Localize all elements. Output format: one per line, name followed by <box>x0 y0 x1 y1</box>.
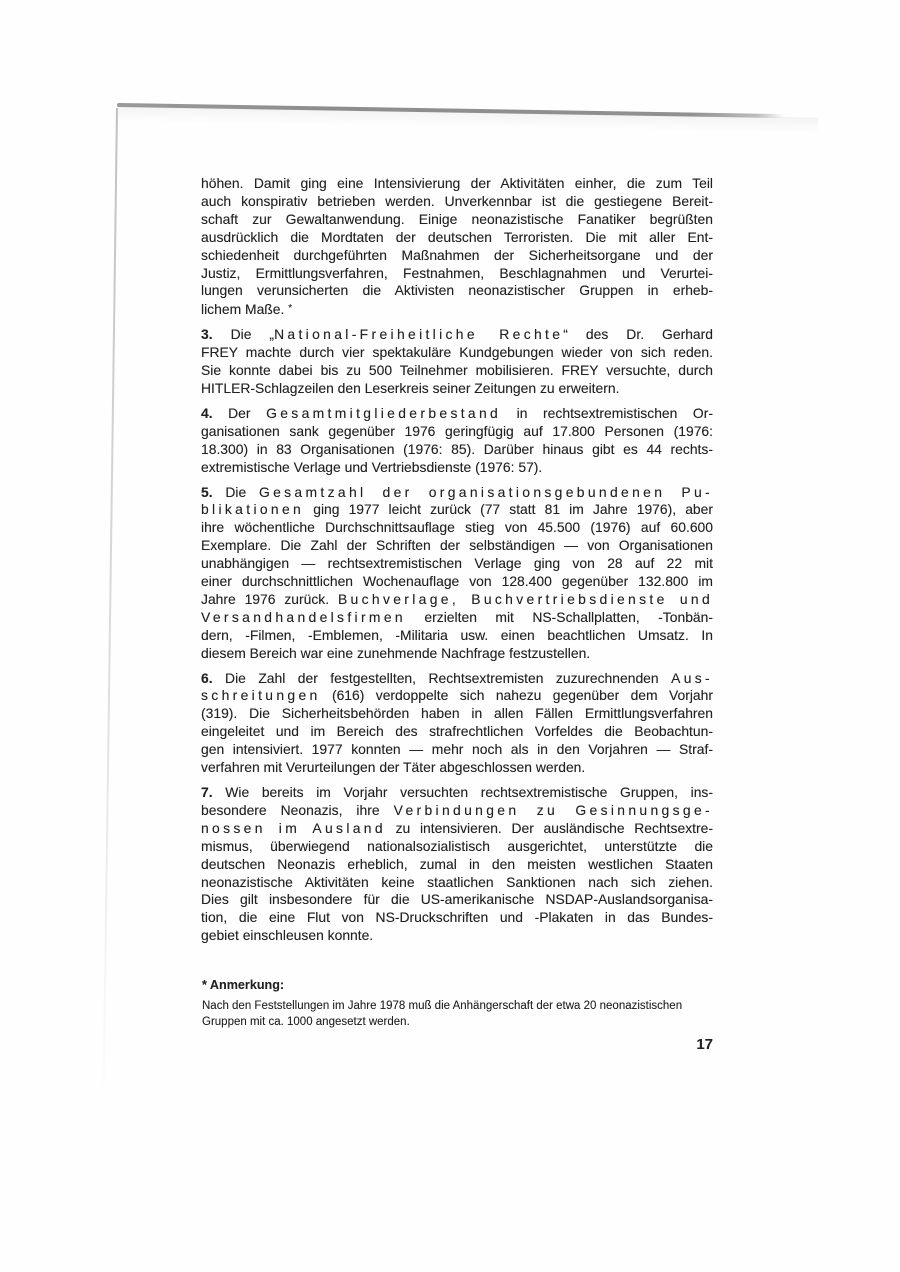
text-line: ganisationen sank gegenüber 1976 geringf… <box>201 423 713 441</box>
text-segment: einer durchschnittlichen Wochenauflage v… <box>201 573 713 589</box>
bold-text: 5. <box>201 484 213 500</box>
footnote-label: * Anmerkung: <box>202 978 714 992</box>
text-line: neonazistische Aktivitäten keine staatli… <box>201 874 713 892</box>
text-line: Dies gilt insbesondere für die US-amerik… <box>201 891 713 909</box>
text-segment: (616) verdoppelte sich nahezu gegenüber … <box>321 687 713 703</box>
letterspaced-text: Gesamtzahl der organisationsgebundenen P… <box>259 484 713 500</box>
text-line: mismus, überwiegend nationalsozialistisc… <box>201 838 713 856</box>
text-segment: Sie konnte dabei bis zu 500 Teilnehmer m… <box>201 362 713 378</box>
text-line: 4. Der Gesamtmitgliederbestand in rechts… <box>201 405 713 423</box>
text-segment: dern, -Filmen, -Emblemen, -Militaria usw… <box>201 627 713 643</box>
text-line: 6. Die Zahl der festgestellten, Rechtsex… <box>201 670 713 688</box>
letterspaced-text: schreitungen <box>201 687 321 703</box>
bold-text: 6. <box>201 670 213 686</box>
paragraph: 4. Der Gesamtmitgliederbestand in rechts… <box>201 405 713 477</box>
text-segment: ausdrücklich die Mordtaten der deutschen… <box>201 229 713 245</box>
paragraph: 5. Die Gesamtzahl der organisationsgebun… <box>201 484 713 663</box>
text-line: Exemplare. Die Zahl der Schriften der se… <box>201 537 713 555</box>
text-segment: mismus, überwiegend nationalsozialistisc… <box>201 838 713 854</box>
text-segment: diesem Bereich war eine zunehmende Nachf… <box>201 645 590 661</box>
text-line: ihre wöchentliche Durchschnittsauflage s… <box>201 519 713 537</box>
scanned-document-page: höhen. Damit ging eine Intensivierung de… <box>0 0 900 1272</box>
text-line: Versandhandelsfirmen erzielten mit NS-Sc… <box>201 609 713 627</box>
letterspaced-text: Gesamtmitgliederbestand <box>266 405 501 421</box>
text-segment: ihre wöchentliche Durchschnittsauflage s… <box>201 519 713 535</box>
text-line: 3. Die „National-Freiheitliche Rechte“ d… <box>201 326 713 344</box>
text-line: verfahren mit Verurteilungen der Täter a… <box>201 759 713 777</box>
text-line: auch konspirativ betrieben werden. Unver… <box>201 193 713 211</box>
text-line: lichem Maße. * <box>201 300 713 319</box>
text-line: schaft zur Gewaltanwendung. Einige neona… <box>201 211 713 229</box>
text-segment: extremistische Verlage und Vertriebsdien… <box>201 459 542 475</box>
bold-text: 4. <box>201 405 213 421</box>
paragraph: 6. Die Zahl der festgestellten, Rechtsex… <box>201 670 713 777</box>
footnote: * Anmerkung: Nach den Feststellungen im … <box>202 978 714 1030</box>
letterspaced-text: Aus- <box>671 670 713 686</box>
bold-text: 3. <box>201 326 213 342</box>
text-line: (319). Die Sicherheitsbehörden haben in … <box>201 705 713 723</box>
text-line: 5. Die Gesamtzahl der organisationsgebun… <box>201 484 713 502</box>
text-line: diesem Bereich war eine zunehmende Nachf… <box>201 645 713 663</box>
text-segment: erzielten mit NS-Schallplatten, -Tonbän- <box>406 609 713 625</box>
text-segment: schaft zur Gewaltanwendung. Einige neona… <box>201 211 713 227</box>
text-segment: tion, die eine Flut von NS-Druckschrifte… <box>201 909 713 925</box>
text-segment: (319). Die Sicherheitsbehörden haben in … <box>201 705 713 721</box>
text-segment: 18.300) in 83 Organisationen (1976: 85).… <box>201 441 713 457</box>
text-segment: neonazistische Aktivitäten keine staatli… <box>201 874 713 890</box>
paragraph: höhen. Damit ging eine Intensivierung de… <box>201 175 713 319</box>
letterspaced-text: Verbindungen zu Gesinnungsge- <box>394 802 713 818</box>
page-number: 17 <box>201 1036 713 1053</box>
document-text: höhen. Damit ging eine Intensivierung de… <box>201 175 713 945</box>
text-segment: Exemplare. Die Zahl der Schriften der se… <box>201 537 713 553</box>
text-line: tion, die eine Flut von NS-Druckschrifte… <box>201 909 713 927</box>
text-segment: in rechtsextremistischen Or- <box>501 405 713 421</box>
paragraph: 7. Wie bereits im Vorjahr versuchten rec… <box>201 784 713 945</box>
text-segment: Justiz, Ermittlungsverfahren, Festnahmen… <box>201 265 713 281</box>
text-segment: deutschen Neonazis erheblich, zumal in d… <box>201 856 713 872</box>
text-line: FREY machte durch vier spektakuläre Kund… <box>201 344 713 362</box>
text-segment: höhen. Damit ging eine Intensivierung de… <box>201 175 713 191</box>
text-line: besondere Neonazis, ihre Verbindungen zu… <box>201 802 713 820</box>
text-segment: eingeleitet und im Bereich des strafrech… <box>201 723 713 739</box>
text-segment: “ des Dr. Gerhard <box>563 326 713 342</box>
text-segment: Jahre 1976 zurück. <box>201 591 338 607</box>
text-segment: Wie bereits im Vorjahr versuchten rechts… <box>213 784 713 800</box>
text-segment: unabhängigen — rechtsextremistischen Ver… <box>201 555 713 571</box>
letterspaced-text: Buchverlage, Buchvertriebsdienste und <box>338 591 713 607</box>
letterspaced-text: National-Freiheitliche Rechte <box>274 326 563 342</box>
text-segment: ging 1977 leicht zurück (77 statt 81 im … <box>304 501 713 517</box>
text-line: einer durchschnittlichen Wochenauflage v… <box>201 573 713 591</box>
text-segment: lichem Maße. <box>201 301 288 317</box>
text-line: extremistische Verlage und Vertriebsdien… <box>201 459 713 477</box>
text-segment: * <box>288 303 292 314</box>
text-line: schiedenheit durchgeführten Maßnahmen de… <box>201 247 713 265</box>
text-segment: verfahren mit Verurteilungen der Täter a… <box>201 759 585 775</box>
text-segment: zu intensivieren. Der ausländische Recht… <box>386 820 713 836</box>
text-line: dern, -Filmen, -Emblemen, -Militaria usw… <box>201 627 713 645</box>
text-segment: FREY machte durch vier spektakuläre Kund… <box>201 344 713 360</box>
text-segment: Dies gilt insbesondere für die US-amerik… <box>201 891 713 907</box>
text-segment: Die Zahl der festgestellten, Rechtsextre… <box>213 670 672 686</box>
letterspaced-text: Versandhandelsfirmen <box>201 609 406 625</box>
text-segment: Die „ <box>213 326 274 342</box>
text-line: Sie konnte dabei bis zu 500 Teilnehmer m… <box>201 362 713 380</box>
letterspaced-text: blikationen <box>201 501 304 517</box>
paragraph: 3. Die „National-Freiheitliche Rechte“ d… <box>201 326 713 398</box>
footnote-text-line: Nach den Feststellungen im Jahre 1978 mu… <box>202 999 714 1015</box>
text-segment: schiedenheit durchgeführten Maßnahmen de… <box>201 247 713 263</box>
text-line: Jahre 1976 zurück. Buchverlage, Buchvert… <box>201 591 713 609</box>
text-segment: gebiet einschleusen konnte. <box>201 927 373 943</box>
text-line: gebiet einschleusen konnte. <box>201 927 713 945</box>
text-line: gen intensiviert. 1977 konnten — mehr no… <box>201 741 713 759</box>
text-segment: gen intensiviert. 1977 konnten — mehr no… <box>201 741 713 757</box>
text-segment: Die <box>213 484 259 500</box>
text-line: nossen im Ausland zu intensivieren. Der … <box>201 820 713 838</box>
text-line: blikationen ging 1977 leicht zurück (77 … <box>201 501 713 519</box>
letterspaced-text: nossen im Ausland <box>201 820 386 836</box>
text-segment: HITLER-Schlagzeilen den Leserkreis seine… <box>201 380 619 396</box>
bold-text: 7. <box>201 784 213 800</box>
text-line: eingeleitet und im Bereich des strafrech… <box>201 723 713 741</box>
text-line: HITLER-Schlagzeilen den Leserkreis seine… <box>201 380 713 398</box>
text-segment: lungen verunsicherten die Aktivisten neo… <box>201 282 713 298</box>
text-line: schreitungen (616) verdoppelte sich nahe… <box>201 687 713 705</box>
footnote-text-line: Gruppen mit ca. 1000 angesetzt werden. <box>202 1015 714 1031</box>
page-left-edge <box>102 108 118 1103</box>
text-line: höhen. Damit ging eine Intensivierung de… <box>201 175 713 193</box>
text-line: Justiz, Ermittlungsverfahren, Festnahmen… <box>201 265 713 283</box>
text-segment: Der <box>213 405 267 421</box>
text-line: ausdrücklich die Mordtaten der deutschen… <box>201 229 713 247</box>
text-line: deutschen Neonazis erheblich, zumal in d… <box>201 856 713 874</box>
text-line: 18.300) in 83 Organisationen (1976: 85).… <box>201 441 713 459</box>
text-line: unabhängigen — rechtsextremistischen Ver… <box>201 555 713 573</box>
text-segment: auch konspirativ betrieben werden. Unver… <box>201 193 713 209</box>
text-line: lungen verunsicherten die Aktivisten neo… <box>201 282 713 300</box>
text-segment: ganisationen sank gegenüber 1976 geringf… <box>201 423 713 439</box>
text-line: 7. Wie bereits im Vorjahr versuchten rec… <box>201 784 713 802</box>
text-segment: besondere Neonazis, ihre <box>201 802 394 818</box>
